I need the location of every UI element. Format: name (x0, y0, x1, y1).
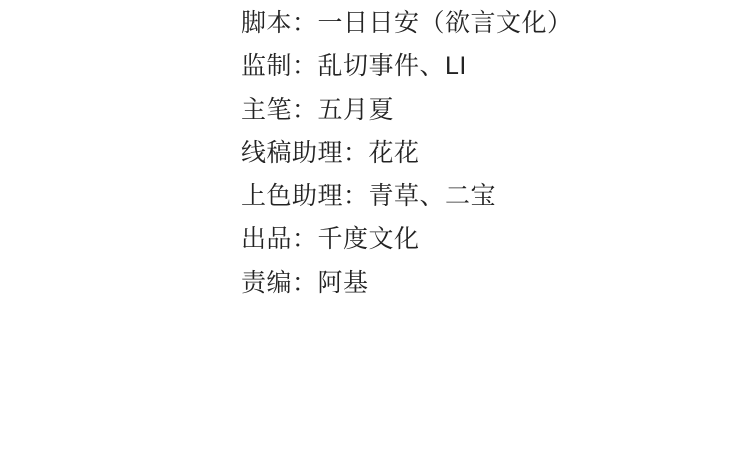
credits-page: 脚本：一日日安（欲言文化） 监制：乱切事件、LI 主笔：五月夏 线稿助理：花花 … (0, 0, 742, 458)
credit-line-supervisor: 监制：乱切事件、LI (241, 45, 573, 88)
credit-line-lineart-assistant: 线稿助理：花花 (241, 132, 573, 175)
credits-block: 脚本：一日日安（欲言文化） 监制：乱切事件、LI 主笔：五月夏 线稿助理：花花 … (241, 2, 573, 305)
credit-line-producer: 出品：千度文化 (241, 218, 573, 261)
credit-line-coloring-assistant: 上色助理：青草、二宝 (241, 175, 573, 218)
credit-line-editor: 责编：阿基 (241, 262, 573, 305)
credit-line-script-writer: 脚本：一日日安（欲言文化） (241, 2, 573, 45)
credit-line-lead-artist: 主笔：五月夏 (241, 89, 573, 132)
